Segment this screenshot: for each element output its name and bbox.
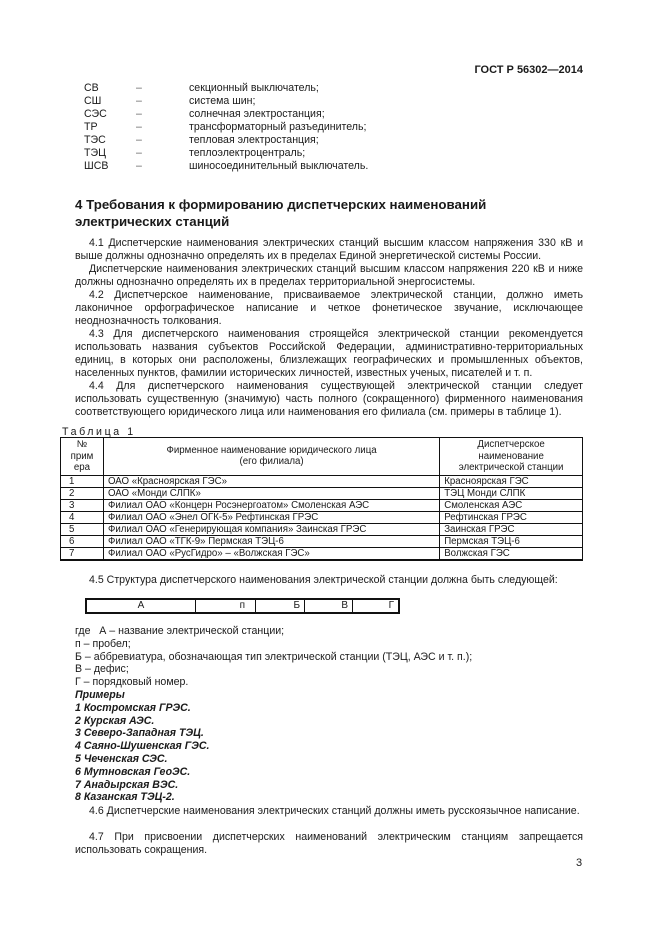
section-heading-line2: электрических станций <box>75 214 595 231</box>
legend-item: Г – порядковый номер. <box>75 676 472 689</box>
legend-item: В – дефис; <box>75 663 472 676</box>
structure-cell-v: В <box>305 600 353 612</box>
paragraph-4-7: 4.7 При присвоении диспетчерских наимено… <box>75 831 583 857</box>
cell-company: Филиал ОАО «Генерирующая компания» Заинс… <box>103 523 439 535</box>
examples-title: Примеры <box>75 689 209 702</box>
paragraph-4-5: 4.5 Структура диспетчерского наименовани… <box>75 574 583 587</box>
structure-legend: где А – название электрической станции; … <box>75 625 472 689</box>
cell-dispatch-name: Заинская ГРЭС <box>440 523 583 535</box>
table-row: 5Филиал ОАО «Генерирующая компания» Заин… <box>61 523 583 535</box>
section-heading: 4 Требования к формированию диспетчерски… <box>75 197 595 230</box>
paragraph-4-4: 4.4 Для диспетчерского наименования суще… <box>75 380 583 419</box>
paragraph-4-1b: Диспетчерские наименования электрических… <box>75 263 583 289</box>
example-item: 2 Курская АЭС. <box>75 715 209 728</box>
abbr-definition: секционный выключатель; <box>189 82 319 95</box>
header-company-name: Фирменное наименование юридического лица… <box>103 438 439 476</box>
legend-item: Б – аббревиатура, обозначающая тип элект… <box>75 651 472 664</box>
cell-dispatch-name: Смоленская АЭС <box>440 499 583 511</box>
abbr-code: СШ <box>84 95 101 108</box>
abbreviation-row: ТЭС–тепловая электростанция; <box>84 134 584 147</box>
cell-number: 1 <box>61 475 104 487</box>
abbr-code: СВ <box>84 82 99 95</box>
header-example-number: № прим ера <box>61 438 104 476</box>
abbr-definition: трансформаторный разъединитель; <box>189 121 366 134</box>
cell-dispatch-name: Пермская ТЭЦ-6 <box>440 535 583 547</box>
document-code-header: ГОСТ Р 56302—2014 <box>474 64 583 76</box>
table-1: № прим ера Фирменное наименование юридич… <box>60 437 583 561</box>
legend-item: где А – название электрической станции; <box>75 625 472 638</box>
paragraph-4-2: 4.2 Диспетчерское наименование, присваив… <box>75 289 583 328</box>
abbreviation-row: ТР–трансформаторный разъединитель; <box>84 121 584 134</box>
abbreviation-row: ТЭЦ–теплоэлектроцентраль; <box>84 147 584 160</box>
abbr-dash: – <box>136 108 142 121</box>
cell-number: 3 <box>61 499 104 511</box>
header-dispatch-name: Диспетчерское наименование электрической… <box>440 438 583 476</box>
example-item: 8 Казанская ТЭЦ-2. <box>75 791 209 804</box>
abbreviation-row: СЭС–солнечная электростанция; <box>84 108 584 121</box>
structure-cell-g: Г <box>353 600 398 612</box>
cell-company: Филиал ОАО «ТГК-9» Пермская ТЭЦ-6 <box>103 535 439 547</box>
table-header-row: № прим ера Фирменное наименование юридич… <box>61 438 583 476</box>
example-item: 7 Анадырская ВЭС. <box>75 779 209 792</box>
abbr-dash: – <box>136 160 142 173</box>
abbr-dash: – <box>136 82 142 95</box>
example-item: 6 Мутновская ГеоЭС. <box>75 766 209 779</box>
table-row: 7Филиал ОАО «РусГидро» – «Волжская ГЭС»В… <box>61 547 583 560</box>
table-row: 3Филиал ОАО «Концерн Росэнергоатом» Смол… <box>61 499 583 511</box>
abbr-dash: – <box>136 147 142 160</box>
abbr-code: ТЭЦ <box>84 147 106 160</box>
abbreviation-row: СШ–система шин; <box>84 95 584 108</box>
abbr-definition: солнечная электростанция; <box>189 108 325 121</box>
name-structure-diagram: А п Б В Г <box>85 598 400 614</box>
table-row: 2ОАО «Монди СЛПК»ТЭЦ Монди СЛПК <box>61 487 583 499</box>
cell-dispatch-name: Красноярская ГЭС <box>440 475 583 487</box>
cell-number: 6 <box>61 535 104 547</box>
examples-block: Примеры 1 Костромская ГРЭС. 2 Курская АЭ… <box>75 689 209 804</box>
abbr-code: ШСВ <box>84 160 108 173</box>
structure-cell-b: Б <box>256 600 305 612</box>
structure-cell-a: А <box>87 600 196 612</box>
cell-company: Филиал ОАО «Энел ОГК-5» Рефтинская ГРЭС <box>103 511 439 523</box>
cell-number: 7 <box>61 547 104 560</box>
legend-item: п – пробел; <box>75 638 472 651</box>
abbr-definition: система шин; <box>189 95 255 108</box>
cell-number: 2 <box>61 487 104 499</box>
abbr-definition: тепловая электростанция; <box>189 134 319 147</box>
paragraph-4-3: 4.3 Для диспетчерского наименования стро… <box>75 328 583 380</box>
cell-dispatch-name: Рефтинская ГРЭС <box>440 511 583 523</box>
paragraph-4-6: 4.6 Диспетчерские наименования электриче… <box>75 805 583 818</box>
table-row: 1ОАО «Красноярская ГЭС»Красноярская ГЭС <box>61 475 583 487</box>
abbreviation-row: СВ–секционный выключатель; <box>84 82 584 95</box>
abbr-definition: шиносоединительный выключатель. <box>189 160 368 173</box>
abbr-definition: теплоэлектроцентраль; <box>189 147 305 160</box>
abbr-dash: – <box>136 121 142 134</box>
page-number: 3 <box>576 857 582 869</box>
cell-company: ОАО «Красноярская ГЭС» <box>103 475 439 487</box>
paragraph-4-1a: 4.1 Диспетчерские наименования электриче… <box>75 237 583 263</box>
cell-number: 5 <box>61 523 104 535</box>
cell-dispatch-name: Волжская ГЭС <box>440 547 583 560</box>
abbr-code: ТР <box>84 121 98 134</box>
cell-number: 4 <box>61 511 104 523</box>
abbr-dash: – <box>136 134 142 147</box>
structure-cell-space: п <box>196 600 256 612</box>
table-row: 4Филиал ОАО «Энел ОГК-5» Рефтинская ГРЭС… <box>61 511 583 523</box>
cell-dispatch-name: ТЭЦ Монди СЛПК <box>440 487 583 499</box>
abbr-code: СЭС <box>84 108 107 121</box>
example-item: 3 Северо-Западная ТЭЦ. <box>75 727 209 740</box>
abbreviation-list: СВ–секционный выключатель; СШ–система ши… <box>84 82 584 173</box>
example-item: 5 Чеченская СЭС. <box>75 753 209 766</box>
cell-company: ОАО «Монди СЛПК» <box>103 487 439 499</box>
example-item: 4 Саяно-Шушенская ГЭС. <box>75 740 209 753</box>
abbr-code: ТЭС <box>84 134 106 147</box>
table-row: 6Филиал ОАО «ТГК-9» Пермская ТЭЦ-6Пермск… <box>61 535 583 547</box>
section-heading-line1: 4 Требования к формированию диспетчерски… <box>75 197 595 214</box>
example-item: 1 Костромская ГРЭС. <box>75 702 209 715</box>
abbr-dash: – <box>136 95 142 108</box>
cell-company: Филиал ОАО «Концерн Росэнергоатом» Смоле… <box>103 499 439 511</box>
abbreviation-row: ШСВ–шиносоединительный выключатель. <box>84 160 584 173</box>
cell-company: Филиал ОАО «РусГидро» – «Волжская ГЭС» <box>103 547 439 560</box>
